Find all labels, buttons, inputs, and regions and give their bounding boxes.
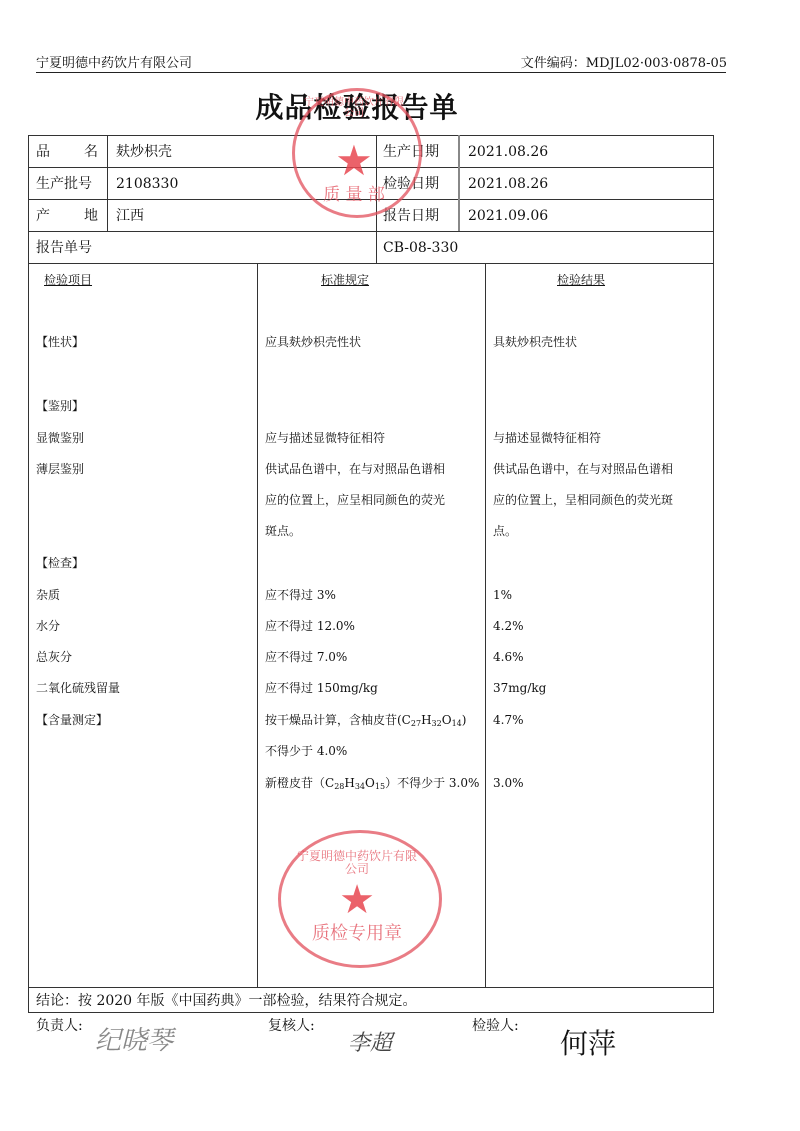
result-character: 具麸炒枳壳性状 — [493, 334, 577, 350]
product-name-value: 麸炒枳壳 — [116, 144, 172, 160]
origin-label: 产地 — [36, 208, 98, 224]
item-microscopic: 显微鉴别 — [36, 430, 84, 446]
subscript: 15 — [375, 782, 385, 791]
result-microscopic: 与描述显微特征相符 — [493, 430, 601, 446]
standard-assay-naringin-line2: 不得少于 4.0% — [265, 743, 347, 759]
text: O — [365, 776, 375, 790]
label-char: 名 — [84, 144, 98, 160]
conclusion: 结论：按 2020 年版《中国药典》一部检验，结果符合规定。 — [36, 993, 417, 1009]
text: O — [442, 713, 452, 727]
item-check: 【检查】 — [36, 555, 84, 571]
text: H — [421, 713, 431, 727]
company-name: 宁夏明德中药饮片有限公司 — [36, 52, 192, 71]
subscript: 32 — [432, 719, 442, 728]
standard-character: 应具麸炒枳壳性状 — [265, 334, 361, 350]
label-char: 品 — [36, 144, 50, 160]
column-header-result: 检验结果 — [557, 272, 605, 288]
subscript: 14 — [452, 719, 462, 728]
responsible-signature: 纪晓琴 — [95, 1020, 173, 1057]
item-so2: 二氧化硫残留量 — [36, 680, 120, 696]
header-divider — [36, 72, 726, 73]
stamp-bottom-text: 质 量 部 — [302, 186, 406, 204]
col-divider — [257, 263, 258, 987]
standard-tlc-line2: 应的位置上，应呈相同颜色的荧光 — [265, 492, 445, 508]
report-number-label: 报告单号 — [36, 240, 92, 256]
document-code: 文件编码：MDJL02·003·0878-05 — [521, 52, 727, 71]
standard-moisture: 应不得过 12.0% — [265, 618, 355, 634]
reviewer-signature: 李超 — [348, 1026, 392, 1057]
column-header-standard: 标准规定 — [321, 272, 369, 288]
production-date-value: 2021.08.26 — [468, 144, 548, 160]
report-date-value: 2021.09.06 — [468, 208, 548, 224]
reviewer-label: 复核人: — [268, 1018, 315, 1034]
product-name-label: 品名 — [36, 144, 98, 160]
item-impurity: 杂质 — [36, 587, 60, 603]
standard-assay-naringin: 按干燥品计算，含柚皮苷(C27H32O14) — [265, 712, 466, 728]
result-assay-neohesperidin: 3.0% — [493, 775, 524, 791]
row-divider — [28, 231, 714, 232]
column-header-item: 检验项目 — [44, 272, 92, 288]
batch-number-label: 生产批号 — [36, 176, 92, 192]
result-assay-naringin: 4.7% — [493, 712, 524, 728]
standard-tlc-line3: 斑点。 — [265, 523, 301, 539]
text: ) — [462, 713, 467, 727]
result-tlc-line2: 应的位置上，呈相同颜色的荧光斑 — [493, 492, 673, 508]
report-number-value: CB-08-330 — [383, 240, 458, 256]
standard-assay-neohesperidin: 新橙皮苷（C28H34O15）不得少于 3.0% — [265, 775, 479, 791]
text: H — [344, 776, 354, 790]
star-icon: ★ — [322, 140, 386, 182]
inspector-label: 检验人: — [472, 1018, 519, 1034]
origin-value: 江西 — [116, 208, 144, 224]
label-char: 地 — [84, 208, 98, 224]
col-divider — [458, 135, 460, 231]
subscript: 28 — [334, 782, 344, 791]
result-so2: 37mg/kg — [493, 680, 546, 696]
stamp-ring-text: 宁夏明德中药饮片有限公司 — [302, 97, 406, 119]
item-tlc: 薄层鉴别 — [36, 461, 84, 477]
result-tlc-line1: 供试品色谱中，在与对照品色谱相 — [493, 461, 673, 477]
subscript: 34 — [355, 782, 365, 791]
text: 按干燥品计算，含柚皮苷(C — [265, 713, 411, 727]
item-identification: 【鉴别】 — [36, 398, 84, 414]
item-moisture: 水分 — [36, 618, 60, 634]
subscript: 27 — [411, 719, 421, 728]
stamp-ring-text: 宁夏明德中药饮片有限公司 — [292, 850, 422, 876]
standard-so2: 应不得过 150mg/kg — [265, 680, 378, 696]
standard-tlc-line1: 供试品色谱中，在与对照品色谱相 — [265, 461, 445, 477]
text: 新橙皮苷（C — [265, 776, 334, 790]
star-icon: ★ — [326, 880, 388, 920]
standard-microscopic: 应与描述显微特征相符 — [265, 430, 385, 446]
batch-number-value: 2108330 — [116, 176, 178, 192]
result-moisture: 4.2% — [493, 618, 524, 634]
col-divider — [485, 263, 486, 987]
result-ash: 4.6% — [493, 649, 524, 665]
text: ）不得少于 3.0% — [385, 776, 479, 790]
item-ash: 总灰分 — [36, 649, 72, 665]
row-divider — [28, 987, 714, 988]
result-impurity: 1% — [493, 587, 512, 603]
col-divider — [107, 135, 108, 231]
document-code-value: MDJL02·003·0878-05 — [586, 56, 727, 71]
item-assay: 【含量测定】 — [36, 712, 108, 728]
label-char: 产 — [36, 208, 50, 224]
report-date-label: 报告日期 — [383, 208, 439, 224]
inspection-date-value: 2021.08.26 — [468, 176, 548, 192]
row-divider — [28, 263, 714, 264]
result-tlc-line3: 点。 — [493, 523, 517, 539]
document-code-label: 文件编码： — [521, 56, 586, 71]
standard-ash: 应不得过 7.0% — [265, 649, 347, 665]
standard-impurity: 应不得过 3% — [265, 587, 336, 603]
stamp-bottom-text: 质检专用章 — [292, 924, 422, 944]
inspector-signature: 何萍 — [560, 1022, 616, 1062]
item-character: 【性状】 — [36, 334, 84, 350]
responsible-label: 负责人: — [36, 1018, 83, 1034]
